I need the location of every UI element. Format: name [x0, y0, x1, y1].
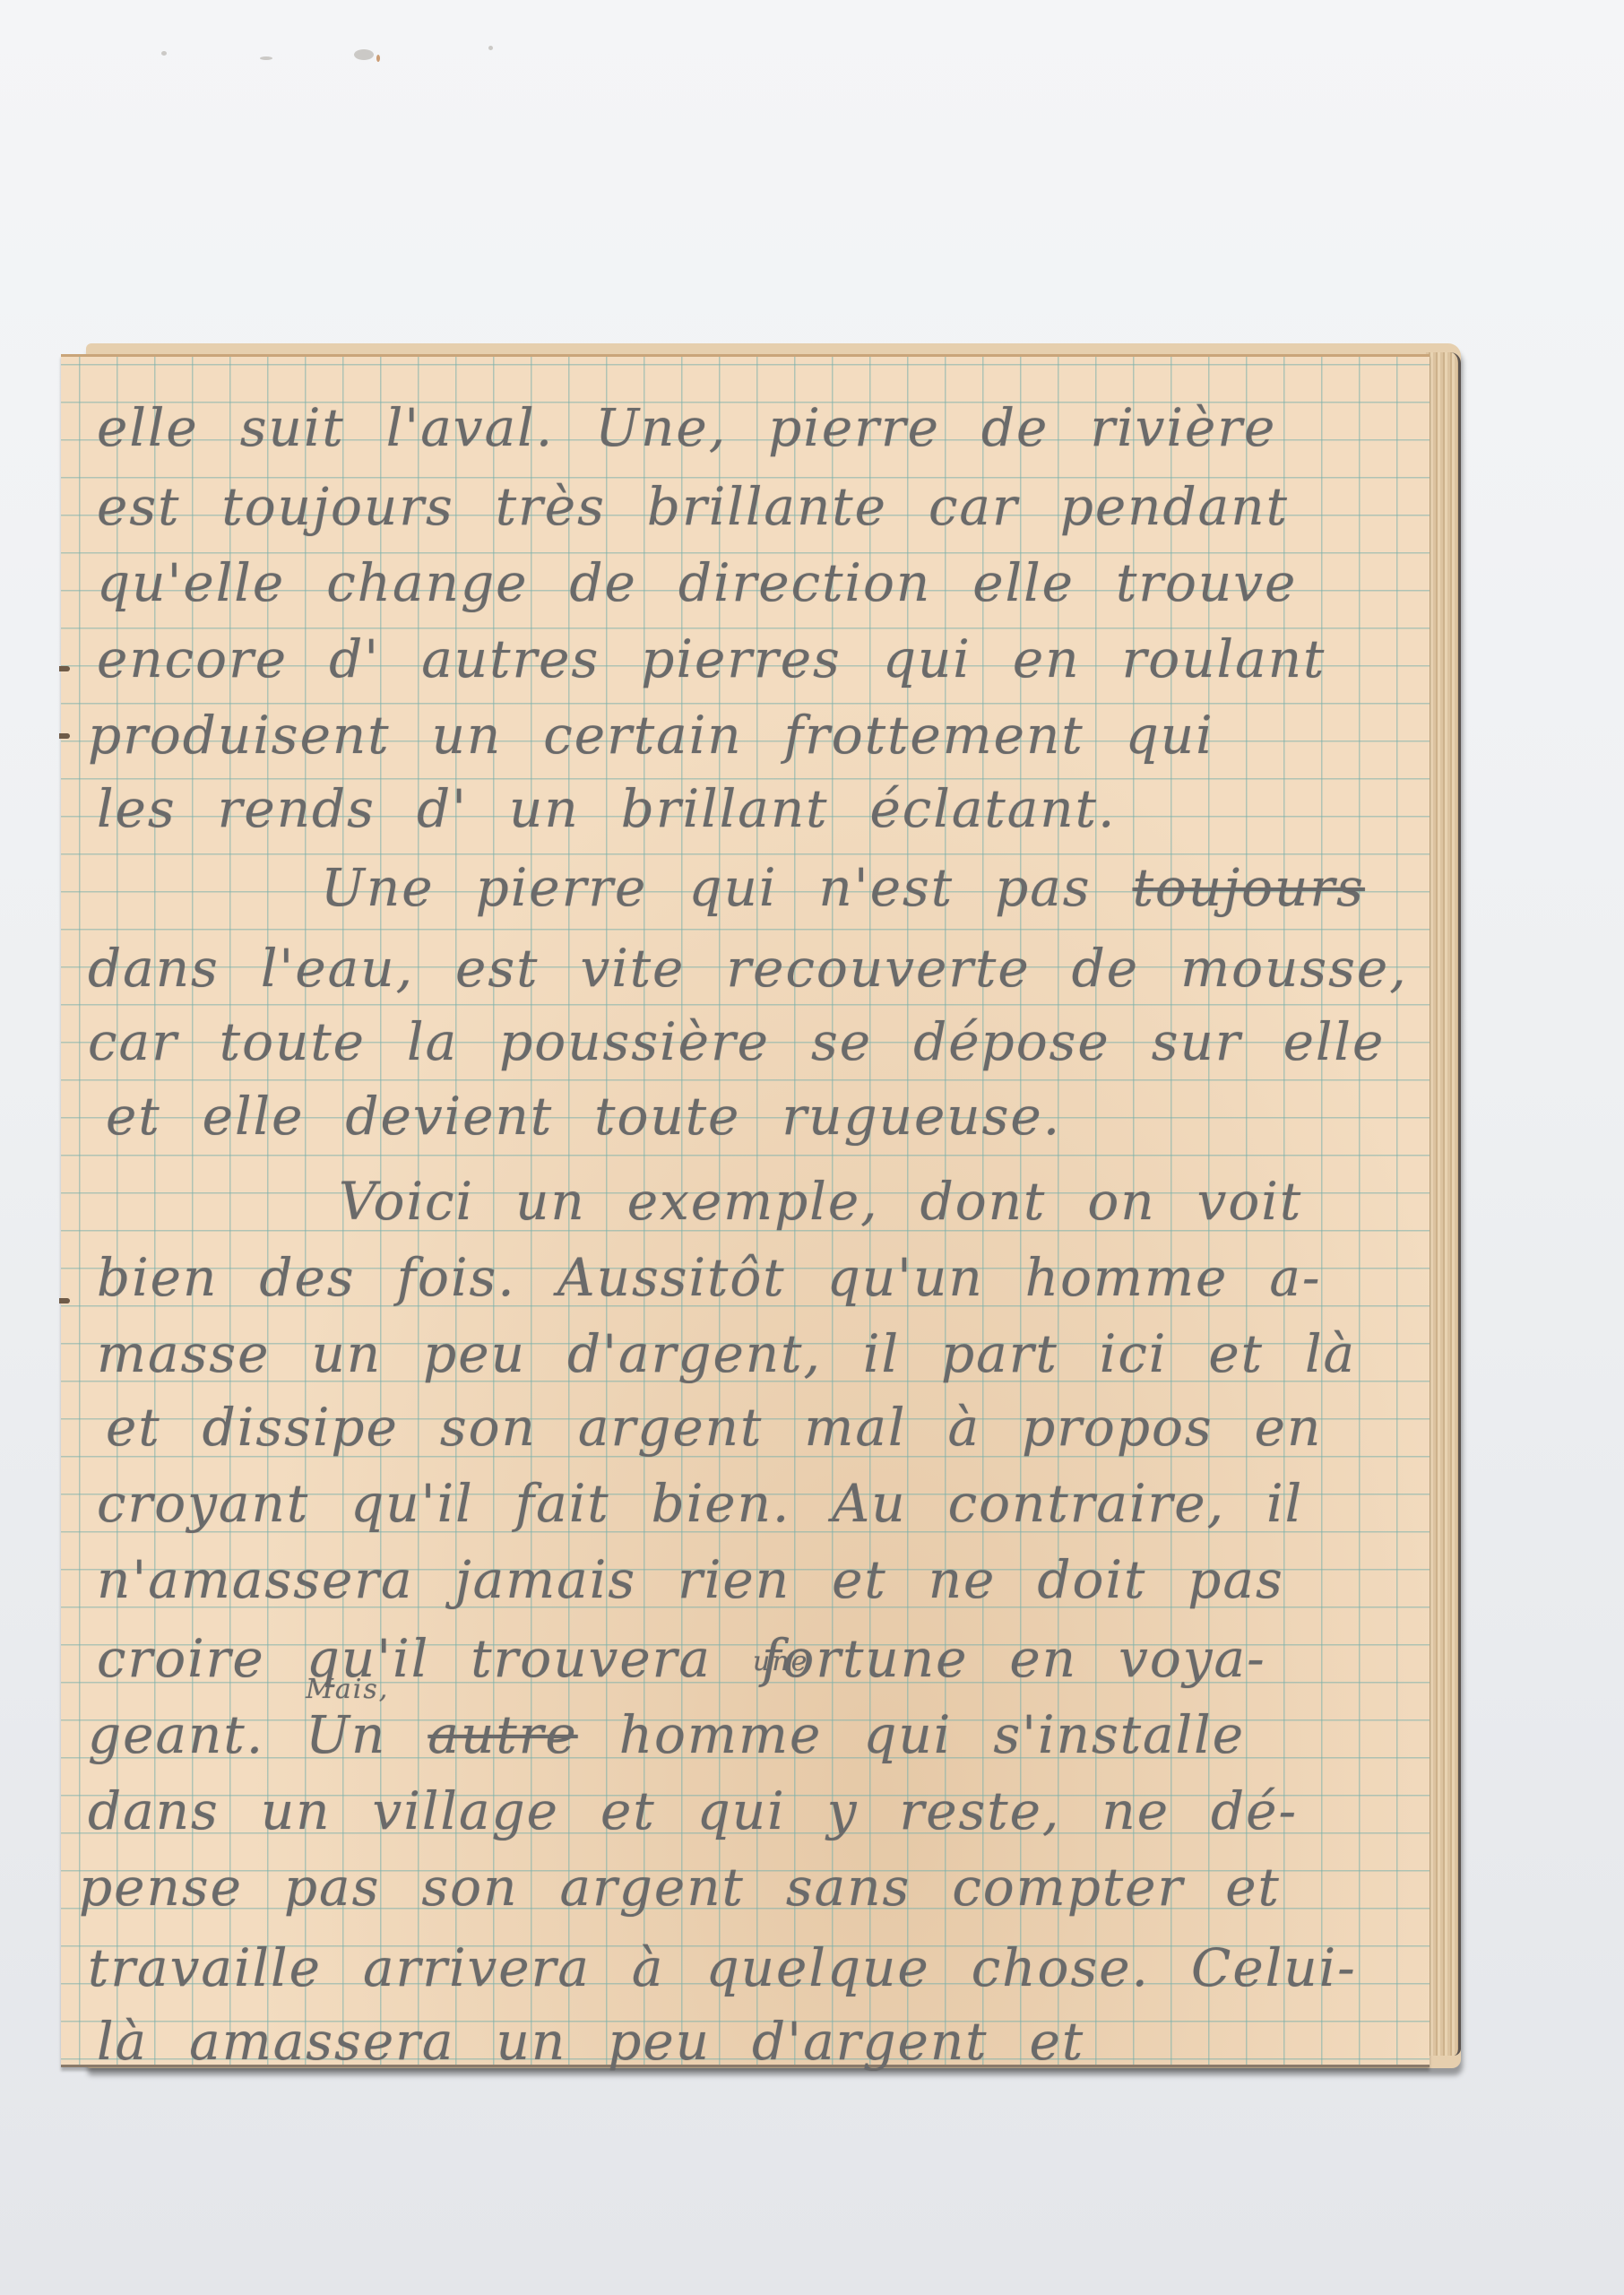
word: n'est	[818, 857, 954, 918]
word: qui	[1126, 705, 1214, 766]
word: rien	[678, 1549, 790, 1610]
word: pas	[1188, 1549, 1283, 1610]
word: il	[1266, 1473, 1303, 1534]
word: un	[515, 1171, 586, 1232]
word: de	[569, 552, 636, 613]
text-line: cartoutelapoussièresedéposesurelle	[88, 1011, 1426, 1072]
text-line: masseunpeud'argent,ilparticietlà	[97, 1323, 1397, 1384]
word: est	[455, 938, 539, 999]
word: là	[1305, 1323, 1356, 1384]
word: pierre	[476, 857, 648, 918]
word: poussière	[499, 1011, 770, 1072]
word: qui	[688, 857, 777, 918]
text-line: n'amasserajamaisrienetnedoitpas	[97, 1549, 1326, 1610]
word: qui	[883, 628, 972, 689]
word: son	[421, 1857, 518, 1918]
word: rivière	[1090, 397, 1276, 458]
word: et	[106, 1086, 161, 1147]
word: brillante	[647, 476, 887, 537]
word: elle	[203, 1086, 305, 1147]
word: qui	[863, 1704, 952, 1765]
word: village	[373, 1780, 559, 1841]
word: argent	[559, 1857, 744, 1918]
word: frottement	[784, 705, 1084, 766]
word: là	[97, 2011, 148, 2072]
word: l'eau,	[261, 938, 414, 999]
word: se	[811, 1011, 872, 1072]
word: voya-	[1119, 1628, 1266, 1689]
word: homme	[619, 1704, 823, 1765]
word: d'argent,	[567, 1323, 822, 1384]
word: mousse,	[1180, 938, 1408, 999]
word: devient	[345, 1086, 553, 1147]
word: on	[1087, 1171, 1155, 1232]
word: dé-	[1211, 1780, 1298, 1841]
word: produisent	[88, 705, 391, 766]
word: fortune	[762, 1628, 968, 1689]
word: les	[97, 778, 177, 839]
word: Voici	[339, 1171, 474, 1232]
word: Une	[321, 857, 435, 918]
text-line: pensepassonargentsanscompteret	[79, 1857, 1322, 1918]
word: d'argent	[752, 2011, 989, 2072]
word: geant.	[88, 1704, 264, 1765]
word: son	[440, 1397, 537, 1458]
word: exemple,	[627, 1171, 879, 1232]
word: un	[311, 1323, 382, 1384]
word: sans	[786, 1857, 911, 1918]
text-line: ellesuitl'aval.Une,pierrederivière	[97, 397, 1317, 458]
word: est	[97, 476, 180, 537]
word: la	[407, 1011, 458, 1072]
word: y	[827, 1780, 859, 1841]
page-stack-edge	[1426, 352, 1461, 2056]
word: dissipe	[203, 1397, 399, 1458]
word: l'aval.	[386, 397, 554, 458]
text-line: travaillearriveraàquelquechose.Celui-	[88, 1937, 1398, 1998]
text-line: produisentuncertainfrottementqui	[88, 705, 1256, 766]
word: doit	[1037, 1549, 1146, 1610]
word: en	[1009, 1628, 1077, 1689]
word: un	[261, 1780, 332, 1841]
word: quelque	[706, 1937, 930, 1998]
word: pierre	[768, 397, 940, 458]
inserted-correction: Mais,	[306, 1674, 389, 1705]
word: compter	[952, 1857, 1184, 1918]
text-line: dansunvillageetquiyreste,nedé-	[88, 1780, 1339, 1841]
word: un	[509, 778, 580, 839]
word: toujours	[221, 476, 454, 537]
word: vite	[580, 938, 685, 999]
word: rends	[218, 778, 376, 839]
word: pas	[995, 857, 1091, 918]
word: elle	[972, 552, 1075, 613]
word: UnMais,	[306, 1704, 386, 1765]
text-line: etdissipesonargentmalàproposen	[106, 1397, 1363, 1458]
word: des	[259, 1247, 355, 1308]
word: reste,	[899, 1780, 1060, 1841]
word: certain	[543, 705, 742, 766]
word: homme	[1025, 1247, 1229, 1308]
word: très	[496, 476, 606, 537]
word: peu	[608, 2011, 711, 2072]
word: en	[1255, 1397, 1323, 1458]
word: qu'un	[827, 1247, 984, 1308]
word: toute	[220, 1011, 366, 1072]
word: ici	[1100, 1323, 1168, 1384]
word: à	[632, 1937, 665, 1998]
word: masse	[97, 1323, 270, 1384]
word: et	[832, 1549, 887, 1610]
word: rugueuse.	[782, 1086, 1061, 1147]
word: trouvera	[471, 1628, 712, 1689]
word: bien	[97, 1247, 218, 1308]
word: d'	[417, 778, 468, 839]
word: pense	[79, 1857, 243, 1918]
word: change	[326, 552, 528, 613]
text-line: Voiciunexemple,dontonvoit	[339, 1171, 1343, 1232]
word: toute	[594, 1086, 740, 1147]
word: elle	[97, 397, 199, 458]
word: pendant	[1060, 476, 1289, 537]
word: et	[600, 1780, 656, 1841]
word: pas	[284, 1857, 380, 1918]
word: contraire,	[948, 1473, 1225, 1534]
word: part	[941, 1323, 1058, 1384]
word: il	[863, 1323, 900, 1384]
word: un	[496, 2011, 566, 2072]
word: dans	[88, 938, 220, 999]
word: trouve	[1116, 552, 1297, 613]
word: arrivera	[363, 1937, 591, 1998]
word: et	[106, 1397, 161, 1458]
word: Une,	[595, 397, 727, 458]
word: éclatant.	[869, 778, 1116, 839]
word: direction	[678, 552, 931, 613]
word: suit	[240, 397, 345, 458]
word: sur	[1152, 1011, 1242, 1072]
word: brillant	[621, 778, 829, 839]
word: fait	[515, 1473, 610, 1534]
word: bien.	[652, 1473, 791, 1534]
text-line: lesrendsd'unbrillantéclatant.	[97, 778, 1157, 839]
handwritten-text: ellesuitl'aval.Une,pierrederivièreesttou…	[61, 357, 1430, 2065]
scan-dust	[134, 49, 511, 67]
word: propos	[1022, 1397, 1214, 1458]
word: fois.	[397, 1247, 516, 1308]
struck-word: autre	[428, 1704, 577, 1765]
word: recouverte	[726, 938, 1030, 999]
word: ne	[929, 1549, 997, 1610]
word: en	[1013, 628, 1081, 689]
word: dont	[920, 1171, 1047, 1232]
text-line: làamasseraunpeud'argentet	[97, 2011, 1126, 2072]
word: roulant	[1122, 628, 1326, 689]
word: croyant	[97, 1473, 309, 1534]
text-line: Unepierrequin'estpastoujours	[321, 857, 1406, 918]
word: qu'elle	[97, 552, 285, 613]
word: a-	[1269, 1247, 1321, 1308]
word: amassera	[189, 2011, 454, 2072]
word: Au	[832, 1473, 906, 1534]
word: car	[929, 476, 1019, 537]
word: elle	[1283, 1011, 1386, 1072]
text-line: dansl'eau,estviterecouvertedemousse,	[88, 938, 1449, 999]
word: travaille	[88, 1937, 322, 1998]
word: jamais	[455, 1549, 636, 1610]
word: Celui-	[1191, 1937, 1357, 1998]
text-line: qu'ellechangededirectionelletrouve	[97, 552, 1338, 613]
word: dans	[88, 1780, 220, 1841]
word: Aussitôt	[557, 1247, 786, 1308]
word: voit	[1197, 1171, 1303, 1232]
text-line: encored'autrespierresquienroulant	[97, 628, 1367, 689]
word: d'	[329, 628, 380, 689]
word: dépose	[913, 1011, 1110, 1072]
text-line: croirequ'iltrouveraunefortuneenvoya-	[97, 1628, 1308, 1689]
word: pierres	[641, 628, 842, 689]
text-line: geant.UnMais,autrehommequis'installe	[88, 1704, 1286, 1765]
text-line: croyantqu'ilfaitbien.Aucontraire,il	[97, 1473, 1344, 1534]
word: qu'il	[350, 1473, 474, 1534]
word: un	[432, 705, 503, 766]
word: encore	[97, 628, 288, 689]
word: croire	[97, 1628, 265, 1689]
word: et	[1225, 1857, 1281, 1918]
word: argent	[578, 1397, 763, 1458]
word: ne	[1101, 1780, 1170, 1841]
text-line: biendesfois.Aussitôtqu'unhommea-	[97, 1247, 1363, 1308]
word: s'installe	[993, 1704, 1245, 1765]
word: et	[1030, 2011, 1085, 2072]
notebook-page: ellesuitl'aval.Une,pierrederivièreesttou…	[61, 354, 1430, 2067]
word: n'amassera	[97, 1549, 414, 1610]
word: peu	[423, 1323, 526, 1384]
word: autres	[421, 628, 600, 689]
word: à	[947, 1397, 980, 1458]
text-line: esttoujourstrèsbrillantecarpendant	[97, 476, 1330, 537]
word: de	[1072, 938, 1139, 999]
text-line: etelledevienttouterugueuse.	[106, 1086, 1102, 1147]
word: de	[981, 397, 1049, 458]
word: qui	[697, 1780, 786, 1841]
word: mal	[804, 1397, 906, 1458]
word: car	[88, 1011, 178, 1072]
struck-word: toujours	[1133, 857, 1365, 918]
word: et	[1208, 1323, 1264, 1384]
word: chose.	[972, 1937, 1150, 1998]
